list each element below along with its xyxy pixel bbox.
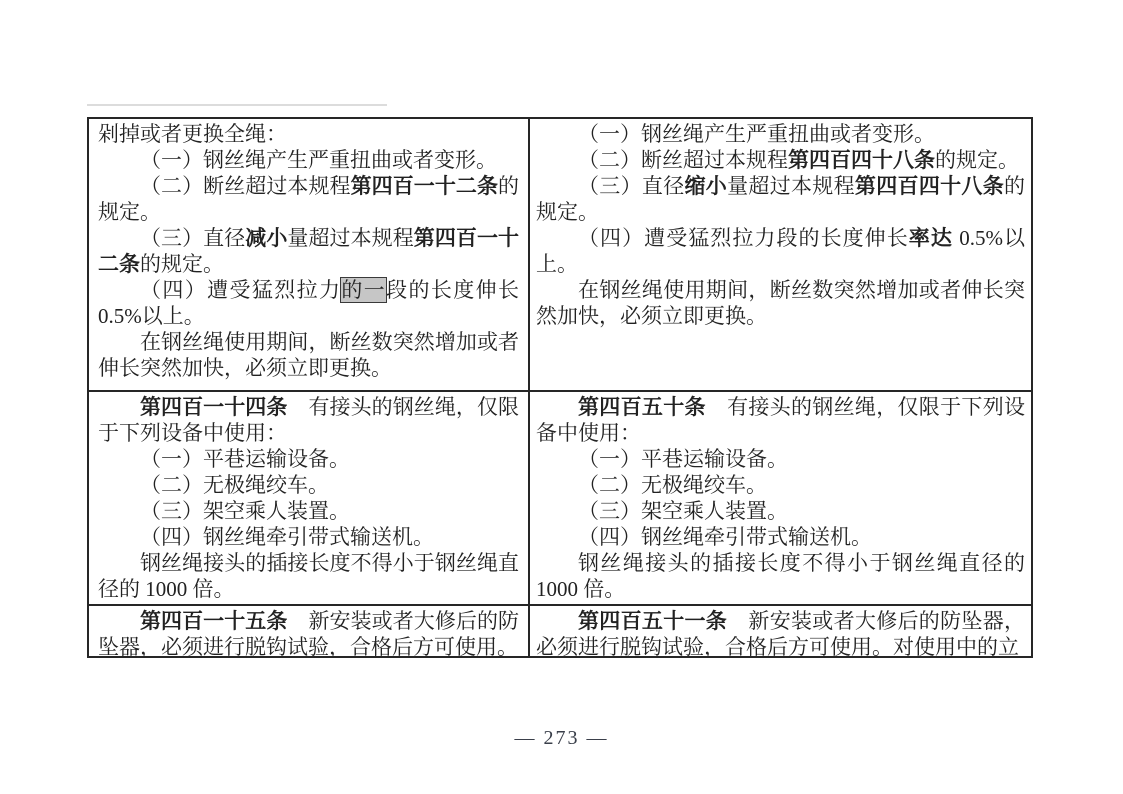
paragraph: 第四百五十条 有接头的钢丝绳，仅限于下列设备中使用： xyxy=(536,394,1025,446)
article-number-bold: 第四百五十一条 xyxy=(578,609,727,633)
table-cell-left: 第四百一十五条 新安装或者大修后的防坠器，必须进行脱钩试验，合格后方可使用。 xyxy=(89,606,530,656)
text-run: （一）平巷运输设备。 xyxy=(578,447,788,471)
paragraph: 在钢丝绳使用期间，断丝数突然增加或者伸长突然加快，必须立即更换。 xyxy=(98,329,519,381)
text-run: （一）平巷运输设备。 xyxy=(140,447,350,471)
paragraph: 钢丝绳接头的插接长度不得小于钢丝绳直径的 1000 倍。 xyxy=(536,550,1025,602)
text-run: 量超过本规程 xyxy=(287,226,413,250)
scan-artifact-line xyxy=(87,104,387,106)
article-number-bold: 第四百一十五条 xyxy=(140,609,287,633)
article-number-bold: 缩小 xyxy=(685,174,728,198)
text-run: （四）钢丝绳牵引带式输送机。 xyxy=(140,525,434,549)
paragraph: （一）平巷运输设备。 xyxy=(536,446,1025,472)
paragraph: （四）遭受猛烈拉力段的长度伸长率达 0.5%以上。 xyxy=(536,225,1025,277)
text-run: （四）遭受猛烈拉力段的长度伸长 xyxy=(578,226,909,250)
text-run: （二）无极绳绞车。 xyxy=(140,473,329,497)
paragraph: （三）直径减小量超过本规程第四百一十二条的规定。 xyxy=(98,225,519,277)
article-number-bold: 第四百五十条 xyxy=(578,395,706,419)
text-run: （二）无极绳绞车。 xyxy=(578,473,767,497)
highlighted-text: 的一 xyxy=(341,278,386,302)
paragraph: （一）钢丝绳产生严重扭曲或者变形。 xyxy=(536,121,1025,147)
paragraph: （二）无极绳绞车。 xyxy=(536,472,1025,498)
table-cell-right: 第四百五十条 有接头的钢丝绳，仅限于下列设备中使用：（一）平巷运输设备。（二）无… xyxy=(530,392,1031,604)
paragraph: （二）断丝超过本规程第四百一十二条的规定。 xyxy=(98,173,519,225)
text-run: （二）断丝超过本规程 xyxy=(578,148,788,172)
table-cell-right: 第四百五十一条 新安装或者大修后的防坠器，必须进行脱钩试验，合格后方可使用。对使… xyxy=(530,606,1031,656)
article-number-bold: 第四百四十八条 xyxy=(788,148,935,172)
text-run: （四）遭受猛烈拉力 xyxy=(140,278,341,302)
page-footer: — 273 — xyxy=(0,727,1123,750)
paragraph: 剁掉或者更换全绳： xyxy=(98,121,519,147)
text-run: （一）钢丝绳产生严重扭曲或者变形。 xyxy=(140,148,497,172)
page-number: — 273 — xyxy=(515,727,609,749)
text-run: 量超过本规程 xyxy=(727,174,855,198)
text-run: （一）钢丝绳产生严重扭曲或者变形。 xyxy=(578,122,935,146)
text-run: （三）直径 xyxy=(578,174,685,198)
paragraph: 第四百五十一条 新安装或者大修后的防坠器，必须进行脱钩试验，合格后方可使用。对使… xyxy=(536,608,1025,656)
text-run: 的规定。 xyxy=(140,252,224,276)
paragraph: （一）平巷运输设备。 xyxy=(98,446,519,472)
paragraph: （三）直径缩小量超过本规程第四百四十八条的规定。 xyxy=(536,173,1025,225)
paragraph: （二）无极绳绞车。 xyxy=(98,472,519,498)
paragraph: （四）遭受猛烈拉力的一段的长度伸长0.5%以上。 xyxy=(98,277,519,329)
text-run: 的规定。 xyxy=(935,148,1019,172)
table-row: 第四百一十五条 新安装或者大修后的防坠器，必须进行脱钩试验，合格后方可使用。第四… xyxy=(89,606,1031,656)
table-cell-left: 剁掉或者更换全绳：（一）钢丝绳产生严重扭曲或者变形。（二）断丝超过本规程第四百一… xyxy=(89,119,530,390)
table-cell-right: （一）钢丝绳产生严重扭曲或者变形。（二）断丝超过本规程第四百四十八条的规定。（三… xyxy=(530,119,1031,390)
text-run: 在钢丝绳使用期间，断丝数突然增加或者伸长突然加快，必须立即更换。 xyxy=(536,278,1025,328)
text-run: （四）钢丝绳牵引带式输送机。 xyxy=(578,525,872,549)
article-number-bold: 减小 xyxy=(245,226,287,250)
text-run: 在钢丝绳使用期间，断丝数突然增加或者伸长突然加快，必须立即更换。 xyxy=(98,330,519,380)
paragraph: （三）架空乘人装置。 xyxy=(98,498,519,524)
text-run: （三）架空乘人装置。 xyxy=(578,499,788,523)
text-run: （三）直径 xyxy=(140,226,245,250)
text-run: 剁掉或者更换全绳： xyxy=(98,122,287,146)
table-cell-left: 第四百一十四条 有接头的钢丝绳，仅限于下列设备中使用：（一）平巷运输设备。（二）… xyxy=(89,392,530,604)
text-run: （二）断丝超过本规程 xyxy=(140,174,351,198)
paragraph: （一）钢丝绳产生严重扭曲或者变形。 xyxy=(98,147,519,173)
article-number-bold: 第四百一十二条 xyxy=(351,174,498,198)
paragraph: （三）架空乘人装置。 xyxy=(536,498,1025,524)
paragraph: （四）钢丝绳牵引带式输送机。 xyxy=(98,524,519,550)
text-run: （三）架空乘人装置。 xyxy=(140,499,350,523)
table-row: 剁掉或者更换全绳：（一）钢丝绳产生严重扭曲或者变形。（二）断丝超过本规程第四百一… xyxy=(89,119,1031,392)
article-number-bold: 率达 xyxy=(909,226,953,250)
paragraph: 第四百一十五条 新安装或者大修后的防坠器，必须进行脱钩试验，合格后方可使用。 xyxy=(98,608,519,656)
text-run: 钢丝绳接头的插接长度不得小于钢丝绳直径的 1000 倍。 xyxy=(536,551,1025,601)
article-number-bold: 第四百一十四条 xyxy=(140,395,287,419)
paragraph: 第四百一十四条 有接头的钢丝绳，仅限于下列设备中使用： xyxy=(98,394,519,446)
paragraph: （四）钢丝绳牵引带式输送机。 xyxy=(536,524,1025,550)
text-run: 钢丝绳接头的插接长度不得小于钢丝绳直径的 1000 倍。 xyxy=(98,551,519,601)
article-number-bold: 第四百四十八条 xyxy=(855,174,1004,198)
paragraph: 在钢丝绳使用期间，断丝数突然增加或者伸长突然加快，必须立即更换。 xyxy=(536,277,1025,329)
paragraph: 钢丝绳接头的插接长度不得小于钢丝绳直径的 1000 倍。 xyxy=(98,550,519,602)
table-row: 第四百一十四条 有接头的钢丝绳，仅限于下列设备中使用：（一）平巷运输设备。（二）… xyxy=(89,392,1031,606)
paragraph: （二）断丝超过本规程第四百四十八条的规定。 xyxy=(536,147,1025,173)
regulation-comparison-table: 剁掉或者更换全绳：（一）钢丝绳产生严重扭曲或者变形。（二）断丝超过本规程第四百一… xyxy=(87,117,1033,658)
